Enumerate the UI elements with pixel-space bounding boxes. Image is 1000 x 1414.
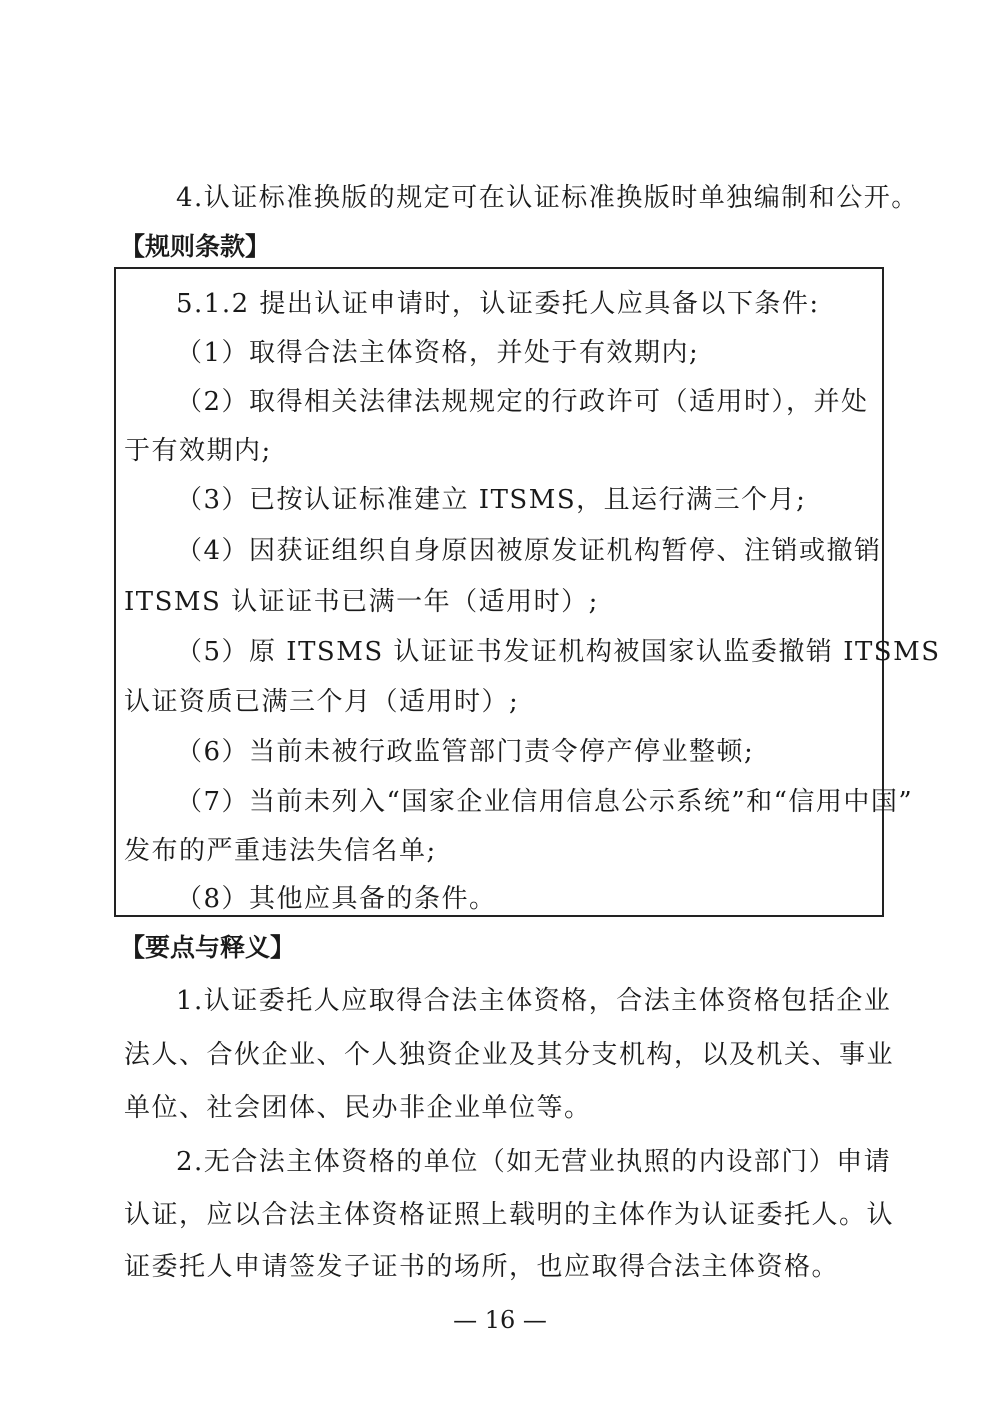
page-number: — 16 —: [0, 1306, 1000, 1334]
rule-item-3: （3）已按认证标准建立 ITSMS，且运行满三个月;: [176, 485, 806, 515]
explanation-para-2-line-1: 2.无合法主体资格的单位（如无营业执照的内设部门）申请: [176, 1147, 891, 1177]
rule-item-5: （5）原 ITSMS 认证证书发证机构被国家认监委撤销 ITSMS: [176, 637, 941, 667]
explanation-para-1-line-3: 单位、社会团体、民办非企业单位等。: [124, 1093, 592, 1123]
rule-item-8: （8）其他应具备的条件。: [176, 884, 497, 914]
rule-item-4-cont: ITSMS 认证证书已满一年（适用时）;: [124, 587, 599, 617]
explanation-para-1-line-2: 法人、合伙企业、个人独资企业及其分支机构，以及机关、事业: [124, 1040, 894, 1070]
rule-item-5-cont: 认证资质已满三个月（适用时）;: [124, 687, 519, 717]
rule-item-1: （1）取得合法主体资格，并处于有效期内;: [176, 338, 699, 368]
rule-item-6: （6）当前未被行政监管部门责令停产停业整顿;: [176, 737, 754, 767]
section-heading-explanation: 【要点与释义】: [120, 933, 295, 963]
rule-item-7-cont: 发布的严重违法失信名单;: [124, 836, 437, 866]
rule-item-4: （4）因获证组织自身原因被原发证机构暂停、注销或撤销: [176, 536, 882, 566]
section-heading-rules: 【规则条款】: [120, 232, 270, 262]
rule-item-7: （7）当前未列入“国家企业信用信息公示系统”和“信用中国”: [176, 787, 913, 817]
explanation-para-1-line-1: 1.认证委托人应取得合法主体资格，合法主体资格包括企业: [176, 986, 891, 1016]
intro-paragraph: 4.认证标准换版的规定可在认证标准换版时单独编制和公开。: [176, 183, 919, 213]
rule-intro-5-1-2: 5.1.2 提出认证申请时，认证委托人应具备以下条件:: [176, 289, 820, 319]
explanation-para-2-line-2: 认证，应以合法主体资格证照上载明的主体作为认证委托人。认: [124, 1200, 894, 1230]
explanation-para-2-line-3: 证委托人申请签发子证书的场所，也应取得合法主体资格。: [124, 1252, 839, 1282]
rule-item-2-cont: 于有效期内;: [124, 436, 272, 466]
rule-item-2: （2）取得相关法律法规规定的行政许可（适用时），并处: [176, 387, 869, 417]
